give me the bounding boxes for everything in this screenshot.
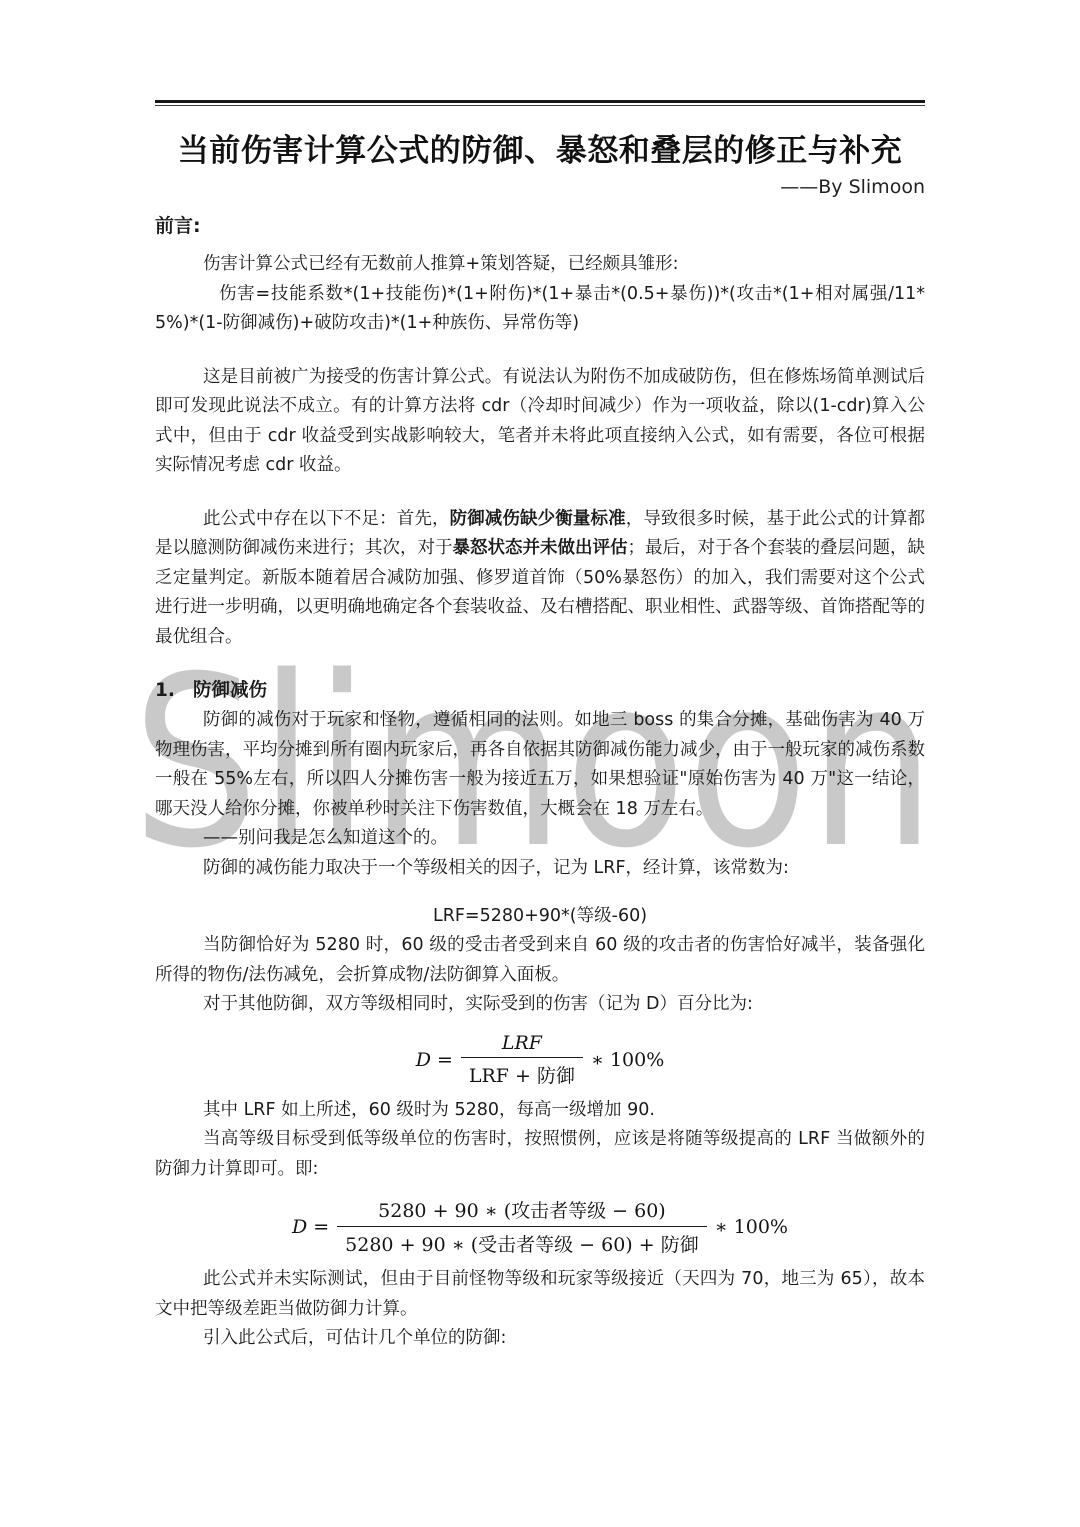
document-page: Slimoon 当前伤害计算公式的防御、暴怒和叠层的修正与补充 ——By Sli… [0,0,1080,1527]
issues-bold-rage: 暴怒状态并未做出评估 [453,538,628,558]
formula-d-fraction: LRF LRF + 防御 [461,1032,583,1088]
formula-d2-numerator: 5280 + 90 ∗ (攻击者等级 − 60) [337,1196,707,1227]
formula-damage-percent-level: D = 5280 + 90 ∗ (攻击者等级 − 60) 5280 + 90 ∗… [155,1196,925,1257]
paragraph-defense-rule: 防御的减伤对于玩家和怪物，遵循相同的法则。如地三 boss 的集合分摊，基础伤害… [155,706,925,824]
document-content: 当前伤害计算公式的防御、暴怒和叠层的修正与补充 ——By Slimoon 前言:… [0,100,1080,1354]
paragraph-level-diff: 当高等级目标受到低等级单位的伤害时，按照惯例，应该是将随等级提高的 LRF 当做… [155,1125,925,1184]
paragraph-damage-formula: 伤害=技能系数*(1+技能伤)*(1+附伤)*(1+暴击*(0.5+暴伤))*(… [155,280,925,339]
paragraph-5280: 当防御恰好为 5280 时，60 级的受击者受到来自 60 级的攻击者的伤害恰好… [155,931,925,990]
section1-heading: 1. 防御减伤 [155,676,925,706]
formula-d-numerator: LRF [461,1032,583,1058]
byline: ——By Slimoon [155,174,925,200]
formula-d2-variable: D [292,1216,307,1238]
formula-d2-equals: = [313,1216,329,1238]
preface-heading: 前言: [155,212,925,240]
paragraph-untested: 此公式并未实际测试，但由于目前怪物等级和玩家等级接近（天四为 70，地三为 65… [155,1265,925,1324]
paragraph-lrf-note: 其中 LRF 如上所述，60 级时为 5280，每高一级增加 90. [155,1096,925,1126]
paragraph-aside: ——别问我是怎么知道这个的。 [155,824,925,854]
formula-damage-percent: D = LRF LRF + 防御 ∗ 100% [155,1032,925,1088]
section1-number: 1. [155,676,193,706]
document-title: 当前伤害计算公式的防御、暴怒和叠层的修正与补充 [155,130,925,172]
paragraph-d-intro: 对于其他防御，双方等级相同时，实际受到的伤害（记为 D）百分比为: [155,990,925,1020]
issues-bold-defense: 防御减伤缺少衡量标准 [450,509,626,529]
header-rule [155,100,925,106]
formula-d2-denominator: 5280 + 90 ∗ (受击者等级 − 60) + 防御 [337,1227,707,1257]
formula-d-equals: = [437,1049,453,1071]
formula-lrf: LRF=5280+90*(等级-60) [155,901,925,931]
section1-heading-label: 防御减伤 [193,676,267,706]
formula-d-tail: ∗ 100% [591,1049,664,1071]
formula-d2-fraction: 5280 + 90 ∗ (攻击者等级 − 60) 5280 + 90 ∗ (受击… [337,1196,707,1257]
formula-d-denominator: LRF + 防御 [461,1058,583,1088]
formula-d-variable: D [416,1049,431,1071]
paragraph-estimate-intro: 引入此公式后，可估计几个单位的防御: [155,1324,925,1354]
paragraph-issues: 此公式中存在以下不足：首先，防御减伤缺少衡量标准，导致很多时候，基于此公式的计算… [155,505,925,653]
formula-d2-tail: ∗ 100% [715,1216,788,1238]
issues-text-1: 此公式中存在以下不足：首先， [203,509,450,529]
paragraph-lrf-intro: 防御的减伤能力取决于一个等级相关的因子，记为 LRF，经计算，该常数为: [155,854,925,884]
paragraph-accepted-formula: 这是目前被广为接受的伤害计算公式。有说法认为附伤不加成破防伤，但在修炼场简单测试… [155,363,925,481]
paragraph-intro: 伤害计算公式已经有无数前人推算+策划答疑，已经颇具雏形: [155,250,925,280]
